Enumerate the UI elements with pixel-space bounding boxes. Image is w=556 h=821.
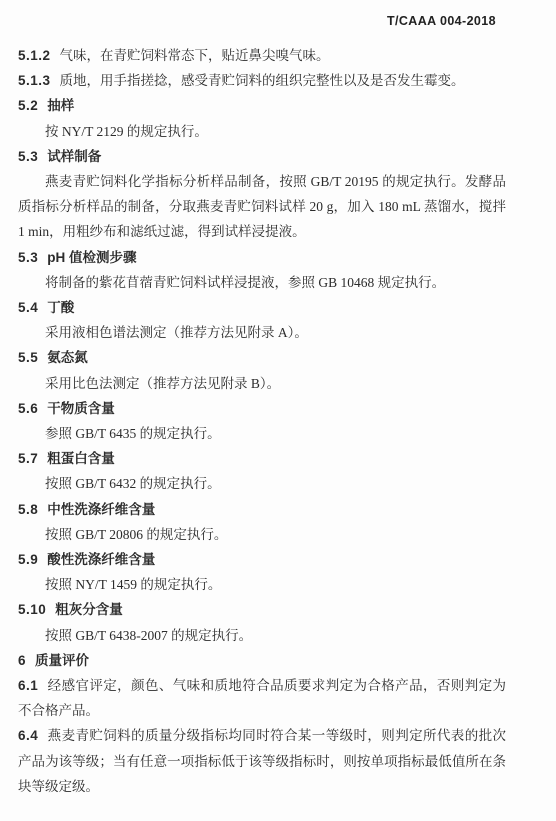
clause-number: 6.4 (18, 728, 38, 743)
body-paragraph: 参照 GB/T 6435 的规定执行。 (18, 421, 506, 446)
clause-heading: 5.6干物质含量 (18, 396, 506, 421)
clause-text: 质地，用手指搓捻，感受青贮饲料的组织完整性以及是否发生霉变。 (60, 73, 465, 88)
body-paragraph: 按 NY/T 2129 的规定执行。 (18, 119, 506, 144)
clause-number: 5.9 (18, 552, 38, 567)
clause-title: 试样制备 (47, 149, 101, 164)
clause-heading: 5.2抽样 (18, 93, 506, 118)
clause-title: 干物质含量 (47, 401, 115, 416)
body-paragraph: 采用比色法测定（推荐方法见附录 B）。 (18, 371, 506, 396)
clause-heading: 5.5氨态氮 (18, 345, 506, 370)
clause-text: 气味，在青贮饲料常态下，贴近鼻尖嗅气味。 (60, 48, 330, 63)
clause-heading: 6质量评价 (18, 648, 506, 673)
numbered-clause-paragraph: 5.1.2气味，在青贮饲料常态下，贴近鼻尖嗅气味。 (18, 43, 506, 68)
clause-heading: 5.3pH 值检测步骤 (18, 245, 506, 270)
clause-number: 5.7 (18, 451, 38, 466)
numbered-clause-paragraph: 5.1.3质地，用手指搓捻，感受青贮饲料的组织完整性以及是否发生霉变。 (18, 68, 506, 93)
clause-number: 5.1.2 (18, 48, 51, 63)
clause-number: 5.1.3 (18, 73, 51, 88)
standard-number-header: T/CAAA 004-2018 (18, 14, 506, 28)
clause-heading: 5.9酸性洗涤纤维含量 (18, 547, 506, 572)
document-body: 5.1.2气味，在青贮饲料常态下，贴近鼻尖嗅气味。5.1.3质地，用手指搓捻，感… (18, 43, 506, 799)
clause-number: 6 (18, 653, 26, 668)
document-page: T/CAAA 004-2018 5.1.2气味，在青贮饲料常态下，贴近鼻尖嗅气味… (0, 0, 556, 821)
numbered-clause-paragraph: 6.1经感官评定，颜色、气味和质地符合品质要求判定为合格产品，否则判定为不合格产… (18, 673, 506, 723)
clause-number: 6.1 (18, 678, 38, 693)
body-paragraph: 按照 GB/T 6438-2007 的规定执行。 (18, 623, 506, 648)
clause-heading: 5.10粗灰分含量 (18, 597, 506, 622)
clause-title: pH 值检测步骤 (47, 250, 136, 265)
clause-title: 丁酸 (47, 300, 74, 315)
clause-text: 燕麦青贮饲料的质量分级指标均同时符合某一等级时，则判定所代表的批次产品为该等级；… (18, 728, 506, 793)
clause-title: 中性洗涤纤维含量 (47, 502, 155, 517)
clause-heading: 5.7粗蛋白含量 (18, 446, 506, 471)
clause-number: 5.10 (18, 602, 46, 617)
clause-number: 5.6 (18, 401, 38, 416)
clause-number: 5.3 (18, 149, 38, 164)
body-paragraph: 燕麦青贮饲料化学指标分析样品制备，按照 GB/T 20195 的规定执行。发酵品… (18, 169, 506, 245)
clause-number: 5.5 (18, 350, 38, 365)
clause-number: 5.3 (18, 250, 38, 265)
clause-heading: 5.8中性洗涤纤维含量 (18, 497, 506, 522)
clause-title: 粗蛋白含量 (47, 451, 115, 466)
numbered-clause-paragraph: 6.4燕麦青贮饲料的质量分级指标均同时符合某一等级时，则判定所代表的批次产品为该… (18, 723, 506, 799)
clause-title: 抽样 (47, 98, 74, 113)
body-paragraph: 采用液相色谱法测定（推荐方法见附录 A）。 (18, 320, 506, 345)
clause-heading: 5.4丁酸 (18, 295, 506, 320)
body-paragraph: 按照 NY/T 1459 的规定执行。 (18, 572, 506, 597)
clause-title: 酸性洗涤纤维含量 (47, 552, 155, 567)
clause-number: 5.4 (18, 300, 38, 315)
clause-text: 经感官评定，颜色、气味和质地符合品质要求判定为合格产品，否则判定为不合格产品。 (18, 678, 506, 718)
body-paragraph: 按照 GB/T 20806 的规定执行。 (18, 522, 506, 547)
clause-heading: 5.3试样制备 (18, 144, 506, 169)
clause-title: 粗灰分含量 (55, 602, 123, 617)
body-paragraph: 按照 GB/T 6432 的规定执行。 (18, 471, 506, 496)
clause-number: 5.8 (18, 502, 38, 517)
clause-title: 氨态氮 (47, 350, 88, 365)
clause-title: 质量评价 (35, 653, 89, 668)
body-paragraph: 将制备的紫花苜蓿青贮饲料试样浸提液，参照 GB 10468 规定执行。 (18, 270, 506, 295)
clause-number: 5.2 (18, 98, 38, 113)
